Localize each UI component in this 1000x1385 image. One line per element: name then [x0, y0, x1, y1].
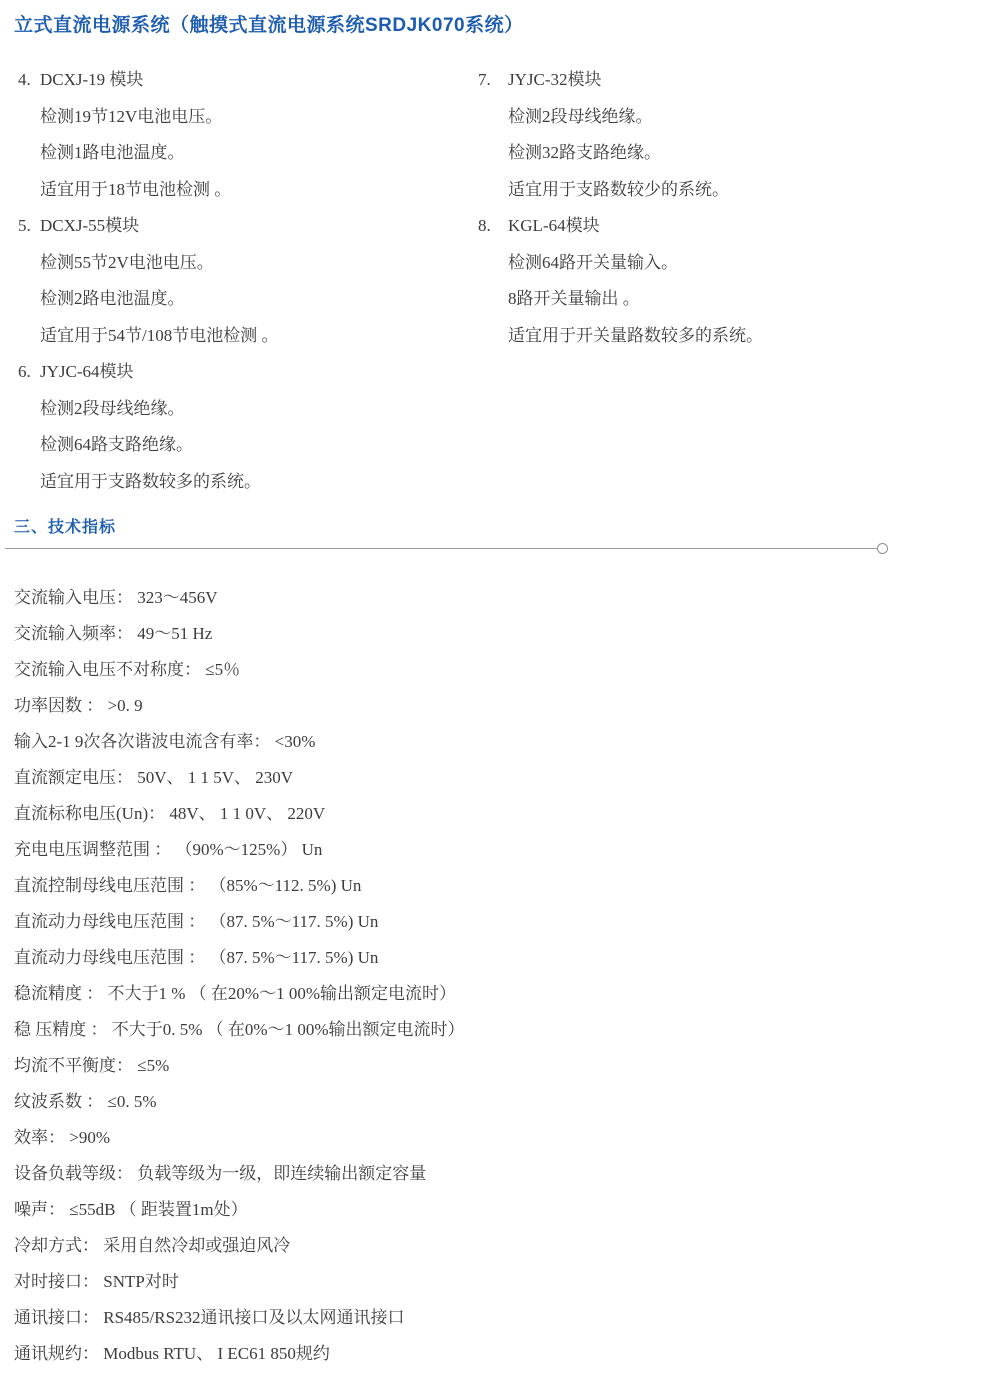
- spec-line: 设备负载等级： 负载等级为一级，即连续输出额定容量: [14, 1156, 980, 1192]
- module-item-kgl64: 8. KGL-64模块 检测64路开关量输入。 8路开关量输出 。 适宜用于开关…: [478, 208, 980, 354]
- spec-line: 直流控制母线电压范围 ： （85%～112. 5%) Un: [14, 868, 980, 904]
- module-detail: 8路开关量输出 。: [478, 281, 980, 318]
- module-detail: 适宜用于开关量路数较多的系统。: [478, 318, 980, 355]
- section-divider: [5, 548, 877, 549]
- modules-right-column: 7. JYJC-32模块 检测2段母线绝缘。 检测32路支路绝缘。 适宜用于支路…: [478, 62, 980, 500]
- module-heading: 7. JYJC-32模块: [478, 62, 980, 99]
- module-item-jyjc64: 6. JYJC-64模块 检测2段母线绝缘。 检测64路支路绝缘。 适宜用于支路…: [18, 354, 478, 500]
- spec-line: 功率因数 ： >0. 9: [14, 688, 980, 724]
- spec-line: 稳 压精度 ： 不大于0. 5% （ 在0%～1 00%输出额定电流时）: [14, 1012, 980, 1048]
- module-detail: 检测2路电池温度。: [18, 281, 478, 318]
- modules-left-column: 4. DCXJ-19 模块 检测19节12V电池电压。 检测1路电池温度。 适宜…: [18, 62, 478, 500]
- spec-line: 均流不平衡度： ≤5%: [14, 1048, 980, 1084]
- module-detail: 检测19节12V电池电压。: [18, 99, 478, 136]
- module-detail: 检测2段母线绝缘。: [478, 99, 980, 136]
- spec-line: 通讯接口： RS485/RS232通讯接口及以太网通讯接口: [14, 1300, 980, 1336]
- module-name: DCXJ-55模块: [40, 208, 139, 245]
- spec-line: 交流输入频率： 49～51 Hz: [14, 616, 980, 652]
- spec-line: 直流动力母线电压范围 ： （87. 5%～117. 5%) Un: [14, 940, 980, 976]
- spec-line: 对时接口： SNTP对时: [14, 1264, 980, 1300]
- module-name: DCXJ-19 模块: [40, 62, 143, 99]
- spec-line: 直流动力母线电压范围 ： （87. 5%～117. 5%) Un: [14, 904, 980, 940]
- spec-line: 效率： >90%: [14, 1120, 980, 1156]
- section-heading: 三、技术指标: [14, 514, 116, 537]
- spec-line: 直流额定电压： 50V、 1 1 5V、 230V: [14, 760, 980, 796]
- spec-line: 输入2-1 9次各次谐波电流含有率： <30%: [14, 724, 980, 760]
- page-title: 立式直流电源系统（触摸式直流电源系统SRDJK070系统）: [14, 10, 524, 37]
- spec-line: 纹波系数 ： ≤0. 5%: [14, 1084, 980, 1120]
- module-number: 5.: [18, 208, 40, 245]
- module-detail: 检测1路电池温度。: [18, 135, 478, 172]
- module-detail: 适宜用于支路数较多的系统。: [18, 464, 478, 501]
- module-detail: 检测2段母线绝缘。: [18, 391, 478, 428]
- module-detail: 适宜用于54节/108节电池检测 。: [18, 318, 478, 355]
- module-list: 4. DCXJ-19 模块 检测19节12V电池电压。 检测1路电池温度。 适宜…: [18, 62, 980, 500]
- spec-line: 稳流精度 ： 不大于1 % （ 在20%～1 00%输出额定电流时）: [14, 976, 980, 1012]
- module-number: 4.: [18, 62, 40, 99]
- spec-line: 交流输入电压： 323～456V: [14, 580, 980, 616]
- divider-end-circle: [877, 543, 888, 554]
- spec-line: 交流输入电压不对称度： ≤5％: [14, 652, 980, 688]
- module-detail: 检测64路支路绝缘。: [18, 427, 478, 464]
- spec-line: 直流标称电压(Un)： 48V、 1 1 0V、 220V: [14, 796, 980, 832]
- module-number: 8.: [478, 208, 508, 245]
- module-name: KGL-64模块: [508, 208, 600, 245]
- module-detail: 适宜用于支路数较少的系统。: [478, 172, 980, 209]
- module-name: JYJC-64模块: [40, 354, 134, 391]
- spec-line: 充电电压调整范围 ： （90%～125%） Un: [14, 832, 980, 868]
- module-detail: 检测55节2V电池电压。: [18, 245, 478, 282]
- module-heading: 4. DCXJ-19 模块: [18, 62, 478, 99]
- spec-line: 冷却方式： 采用自然冷却或强迫风冷: [14, 1228, 980, 1264]
- module-heading: 6. JYJC-64模块: [18, 354, 478, 391]
- module-name: JYJC-32模块: [508, 62, 602, 99]
- module-number: 7.: [478, 62, 508, 99]
- spec-line: 通讯规约： Modbus RTU、 I EC61 850规约: [14, 1336, 980, 1372]
- module-item-dcxj55: 5. DCXJ-55模块 检测55节2V电池电压。 检测2路电池温度。 适宜用于…: [18, 208, 478, 354]
- module-item-dcxj19: 4. DCXJ-19 模块 检测19节12V电池电压。 检测1路电池温度。 适宜…: [18, 62, 478, 208]
- module-detail: 适宜用于18节电池检测 。: [18, 172, 478, 209]
- spec-list: 交流输入电压： 323～456V 交流输入频率： 49～51 Hz 交流输入电压…: [14, 580, 980, 1372]
- module-heading: 8. KGL-64模块: [478, 208, 980, 245]
- module-detail: 检测64路开关量输入。: [478, 245, 980, 282]
- module-number: 6.: [18, 354, 40, 391]
- spec-line: 噪声： ≤55dB （ 距装置1m处）: [14, 1192, 980, 1228]
- module-heading: 5. DCXJ-55模块: [18, 208, 478, 245]
- module-item-jyjc32: 7. JYJC-32模块 检测2段母线绝缘。 检测32路支路绝缘。 适宜用于支路…: [478, 62, 980, 208]
- module-detail: 检测32路支路绝缘。: [478, 135, 980, 172]
